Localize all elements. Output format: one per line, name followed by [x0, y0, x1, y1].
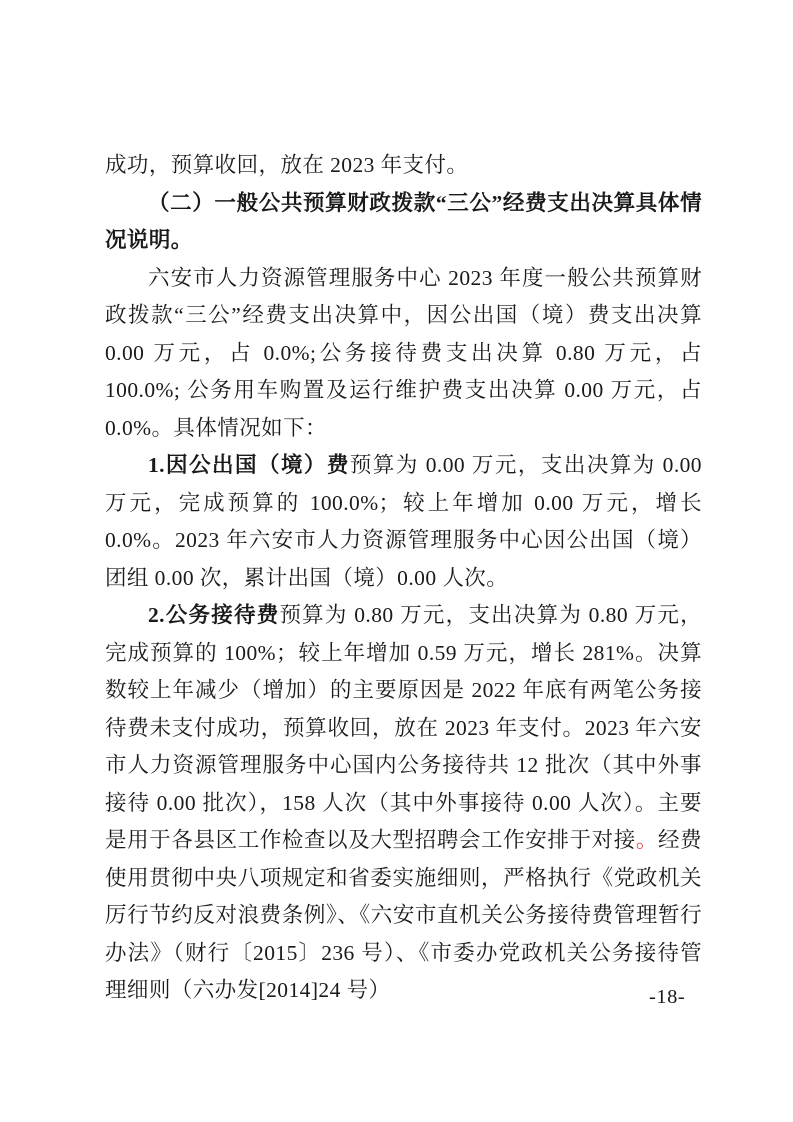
text-run: 六安市人力资源管理服务中心 2023 年度一般公共预算财政拨款“三公”经费支出决…: [105, 266, 702, 440]
text-run: 成功，预算收回，放在 2023 年支付。: [105, 153, 468, 177]
paragraph-item-2-reception-expense: 2.公务接待费预算为 0.80 万元，支出决算为 0.80 万元，完成预算的 1…: [105, 597, 702, 1010]
item-1-label: 1.因公出国（境）费: [148, 453, 350, 477]
page-number: -18-: [649, 986, 685, 1009]
paragraph-continuation: 成功，预算收回，放在 2023 年支付。: [105, 147, 702, 185]
item-2-label: 2.公务接待费: [148, 603, 279, 627]
heading-text: （二）一般公共预算财政拨款“三公”经费支出决算具体情况说明。: [105, 191, 702, 253]
section-heading: （二）一般公共预算财政拨款“三公”经费支出决算具体情况说明。: [105, 185, 702, 260]
paragraph-item-1-abroad-expense: 1.因公出国（境）费预算为 0.00 万元，支出决算为 0.00 万元，完成预算…: [105, 447, 702, 597]
paragraph-overview: 六安市人力资源管理服务中心 2023 年度一般公共预算财政拨款“三公”经费支出决…: [105, 260, 702, 448]
revision-mark-period: 。: [636, 828, 658, 852]
text-run: 预算为 0.80 万元，支出决算为 0.80 万元，完成预算的 100%；较上年…: [105, 603, 702, 852]
document-body: 成功，预算收回，放在 2023 年支付。 （二）一般公共预算财政拨款“三公”经费…: [105, 147, 702, 1010]
text-run: 经费使用贯彻中央八项规定和省委实施细则，严格执行《党政机关厉行节约反对浪费条例》…: [105, 828, 702, 1002]
document-page: 成功，预算收回，放在 2023 年支付。 （二）一般公共预算财政拨款“三公”经费…: [0, 0, 793, 1122]
